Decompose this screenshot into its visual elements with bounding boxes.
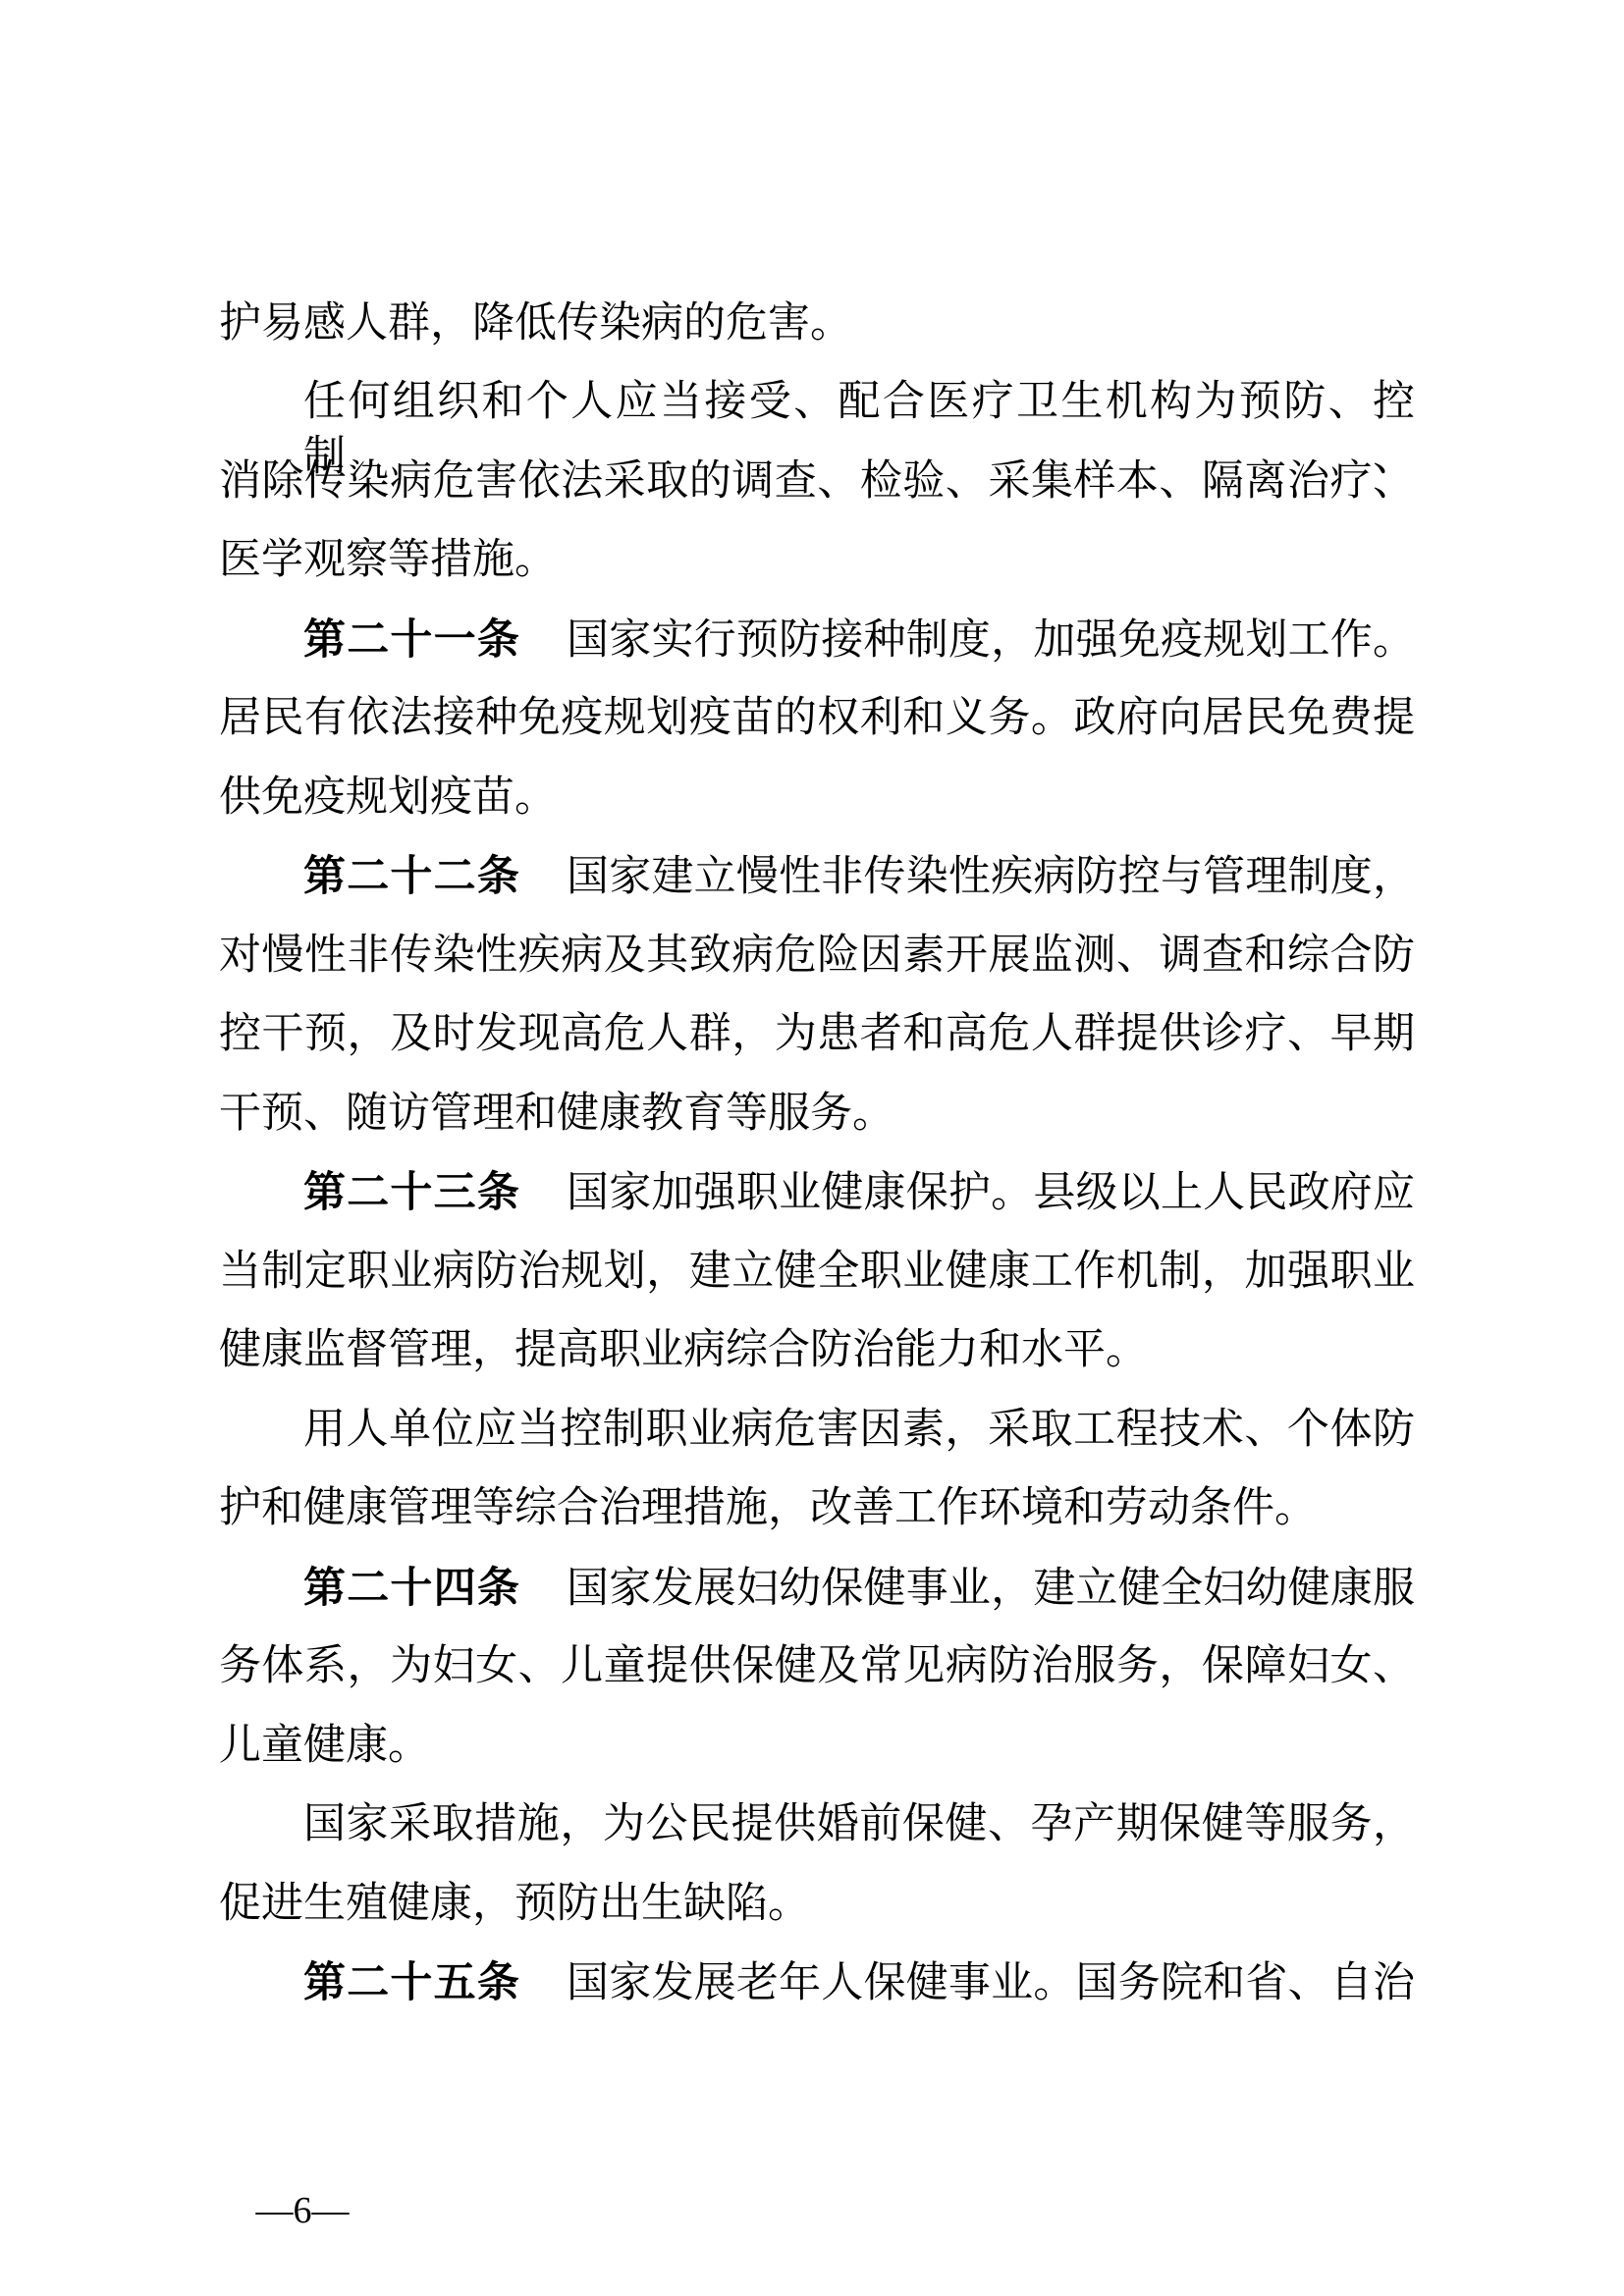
text-line: 居民有依法接种免疫规划疫苗的权利和义务。政府向居民免费提 [219,691,1415,746]
line-text: 国家采取措施，为公民提供婚前保健、孕产期保健等服务， [303,1801,1415,1847]
article-line: 第二十五条国家发展老年人保健事业。国务院和省、自治 [303,1955,1415,2010]
article-number: 第二十三条 [303,1169,520,1216]
line-text: 护易感人群，降低传染病的危害。 [219,300,852,347]
line-text: 儿童健康。 [219,1723,430,1769]
text-line: 儿童健康。 [219,1719,1415,1774]
line-text: 务体系，为妇女、儿童提供保健及常见病防治服务，保障妇女、 [219,1643,1415,1689]
line-text: 当制定职业病防治规划，建立健全职业健康工作机制，加强职业 [219,1249,1415,1295]
article-line: 第二十四条国家发展妇幼保健事业，建立健全妇幼健康服 [303,1561,1415,1616]
article-number: 第二十二条 [303,853,520,900]
line-text: 供免疫规划疫苗。 [219,774,557,821]
line-text: 干预、随访管理和健康教育等服务。 [219,1091,894,1137]
text-line: 促进生殖健康，预防出生缺陷。 [219,1877,1415,1932]
text-line: 控干预，及时发现高危人群，为患者和高危人群提供诊疗、早期 [219,1007,1415,1062]
line-text: 控干预，及时发现高危人群，为患者和高危人群提供诊疗、早期 [219,1011,1415,1057]
line-text: 国家建立慢性非传染性疾病防控与管理制度， [567,854,1415,900]
text-line: 消除传染病危害依法采取的调查、检验、采集样本、隔离治疗、 [219,454,1415,509]
text-line: 对慢性非传染性疾病及其致病危险因素开展监测、调查和综合防 [219,929,1415,984]
text-line: 务体系，为妇女、儿童提供保健及常见病防治服务，保障妇女、 [219,1639,1415,1694]
text-line: 医学观察等措施。 [219,533,1415,588]
line-text: 国家发展妇幼保健事业，建立健全妇幼健康服 [567,1566,1415,1612]
line-text: 居民有依法接种免疫规划疫苗的权利和义务。政府向居民免费提 [219,695,1415,741]
article-number: 第二十五条 [303,1959,520,2006]
article-line: 第二十二条国家建立慢性非传染性疾病防控与管理制度， [303,849,1415,904]
text-line: 干预、随访管理和健康教育等服务。 [219,1087,1415,1142]
line-text: 医学观察等措施。 [219,537,557,583]
article-number: 第二十四条 [303,1565,520,1612]
page-number: —6— [248,2183,356,2238]
text-block: 护易感人群，降低传染病的危害。任何组织和个人应当接受、配合医疗卫生机构为预防、控… [0,0,1624,2296]
line-text: 消除传染病危害依法采取的调查、检验、采集样本、隔离治疗、 [219,458,1415,505]
line-text: 国家加强职业健康保护。县级以上人民政府应 [567,1170,1415,1216]
text-line: 护和健康管理等综合治理措施，改善工作环境和劳动条件。 [219,1481,1415,1536]
line-text: 健康监督管理，提高职业病综合防治能力和水平。 [219,1327,1148,1373]
text-line: 护易感人群，降低传染病的危害。 [219,296,1415,351]
article-line: 第二十三条国家加强职业健康保护。县级以上人民政府应 [303,1165,1415,1220]
text-line: 健康监督管理，提高职业病综合防治能力和水平。 [219,1323,1415,1378]
line-text: 对慢性非传染性疾病及其致病危险因素开展监测、调查和综合防 [219,933,1415,979]
text-line: 国家采取措施，为公民提供婚前保健、孕产期保健等服务， [303,1797,1415,1852]
line-text: 国家发展老年人保健事业。国务院和省、自治 [567,1960,1415,2006]
line-text: 用人单位应当控制职业病危害因素，采取工程技术、个体防 [303,1407,1415,1453]
line-text: 促进生殖健康，预防出生缺陷。 [219,1881,810,1927]
article-line: 第二十一条国家实行预防接种制度，加强免疫规划工作。 [303,613,1415,667]
text-line: 当制定职业病防治规划，建立健全职业健康工作机制，加强职业 [219,1245,1415,1300]
line-text: 国家实行预防接种制度，加强免疫规划工作。 [567,617,1415,664]
text-line: 用人单位应当控制职业病危害因素，采取工程技术、个体防 [303,1403,1415,1458]
article-number: 第二十一条 [303,616,520,664]
text-line: 供免疫规划疫苗。 [219,771,1415,826]
text-line: 任何组织和个人应当接受、配合医疗卫生机构为预防、控制、 [303,375,1415,430]
document-page: 护易感人群，降低传染病的危害。任何组织和个人应当接受、配合医疗卫生机构为预防、控… [0,0,1624,2296]
line-text: 护和健康管理等综合治理措施，改善工作环境和劳动条件。 [219,1485,1317,1531]
